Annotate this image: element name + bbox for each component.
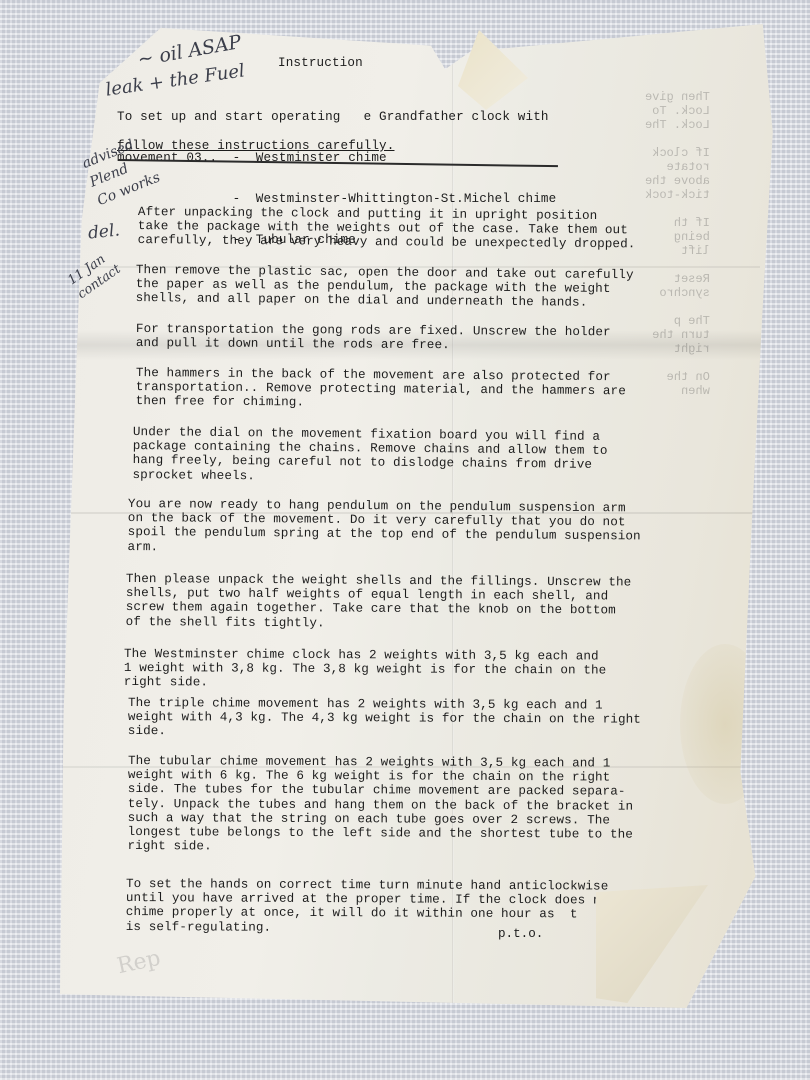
instruction-paragraph: The tubular chime movement has 2 weights… [127,754,633,856]
paper-stain [680,644,770,804]
intro-line: - Westminster-Whittington-St.Michel chim… [117,193,556,207]
instruction-paragraph: The hammers in the back of the movement … [136,366,626,413]
instruction-paragraph: The triple chime movement has 2 weights … [128,696,641,741]
paragraph-line: right side. [124,675,606,692]
instruction-paragraph: After unpacking the clock and putting it… [138,205,636,252]
handwritten-note: del. [87,220,121,243]
document-title: Instruction [278,57,363,71]
follow-instructions-line: follow these instructions carefully. [117,140,394,154]
instruction-paragraph: Then please unpack the weight shells and… [126,572,632,632]
instruction-paragraph: Then remove the plastic sac, open the do… [136,263,634,311]
paragraph-line: side. [128,724,641,741]
show-through-text: Then give Lock. To Lock. The If clock ro… [645,90,710,398]
paragraph-line: right side. [127,839,632,856]
intro-line: To set up and start operating e Grandfat… [117,111,556,125]
page-turn-note: p.t.o. [498,927,543,941]
instruction-paragraph: Under the dial on the movement fixation … [132,425,607,487]
instruction-paragraph: You are now ready to hang pendulum on th… [128,497,642,558]
instruction-paragraph: For transportation the gong rods are fix… [136,322,611,354]
instruction-paragraph: The Westminster chime clock has 2 weight… [124,647,607,692]
